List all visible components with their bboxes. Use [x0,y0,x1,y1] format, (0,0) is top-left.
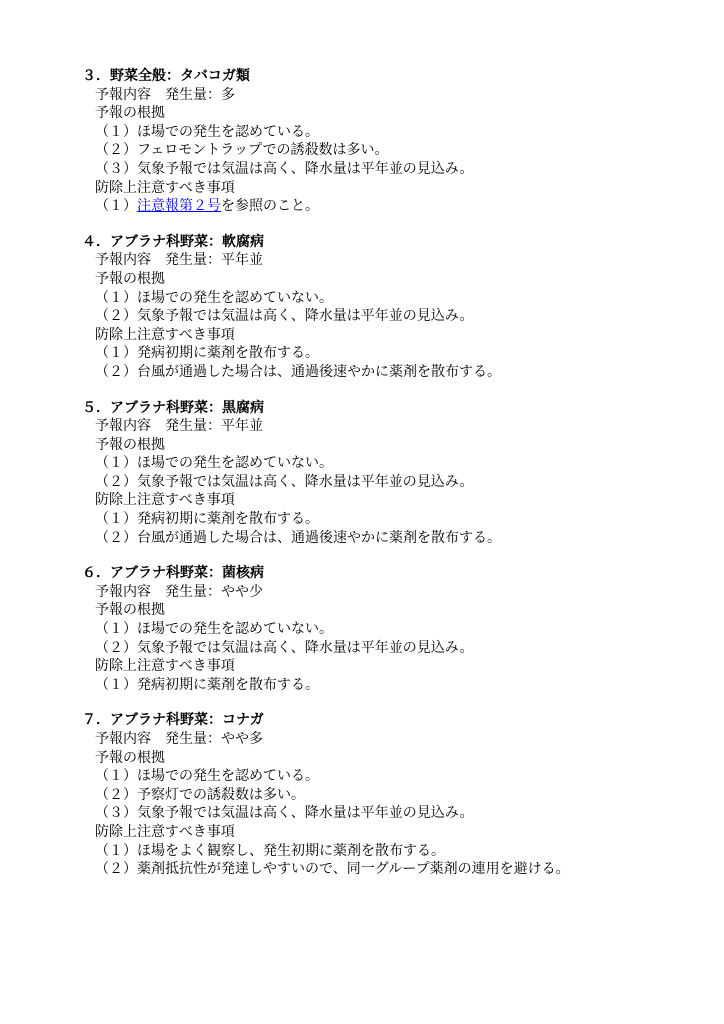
section-heading: ５．アブラナ科野菜：黒腐病 [82,398,694,417]
control-item: （２）台風が通過した場合は、通過後速やかに薬剤を散布する。 [82,362,694,381]
section-heading: ４．アブラナ科野菜：軟腐病 [82,232,694,251]
section-heading: ６．アブラナ科野菜：菌核病 [82,563,694,582]
basis-item: （１）ほ場での発生を認めていない。 [82,288,694,307]
control-title: 防除上注意すべき事項 [82,656,694,675]
forecast-line: 予報内容 発生量：多 [82,85,694,104]
basis-title: 予報の根拠 [82,600,694,619]
control-item: （２）台風が通過した場合は、通過後速やかに薬剤を散布する。 [82,528,694,547]
section-heading: ３．野菜全般：タバコガ類 [82,66,694,85]
section-heading: ７．アブラナ科野菜：コナガ [82,710,694,729]
section-soft-rot: ４．アブラナ科野菜：軟腐病 予報内容 発生量：平年並 予報の根拠 （１）ほ場での… [82,232,694,381]
control-item: （１）発病初期に薬剤を散布する。 [82,675,694,694]
control-title: 防除上注意すべき事項 [82,325,694,344]
control-item: （１）ほ場をよく観察し、発生初期に薬剤を散布する。 [82,841,694,860]
forecast-line: 予報内容 発生量：平年並 [82,416,694,435]
control-item-prefix: （１） [95,197,137,213]
basis-item: （１）ほ場での発生を認めていない。 [82,453,694,472]
basis-item: （２）気象予報では気温は高く、降水量は平年並の見込み。 [82,638,694,657]
control-item: （１）注意報第２号を参照のこと。 [82,196,694,215]
document-page: ３．野菜全般：タバコガ類 予報内容 発生量：多 予報の根拠 （１）ほ場での発生を… [0,0,724,878]
basis-title: 予報の根拠 [82,269,694,288]
basis-item: （２）気象予報では気温は高く、降水量は平年並の見込み。 [82,306,694,325]
section-black-rot: ５．アブラナ科野菜：黒腐病 予報内容 発生量：平年並 予報の根拠 （１）ほ場での… [82,398,694,547]
basis-item: （３）気象予報では気温は高く、降水量は平年並の見込み。 [82,803,694,822]
section-diamondback-moth: ７．アブラナ科野菜：コナガ 予報内容 発生量：やや多 予報の根拠 （１）ほ場での… [82,710,694,877]
control-title: 防除上注意すべき事項 [82,822,694,841]
basis-item: （１）ほ場での発生を認めている。 [82,122,694,141]
section-tobacco-budworm: ３．野菜全般：タバコガ類 予報内容 発生量：多 予報の根拠 （１）ほ場での発生を… [82,66,694,215]
basis-item: （１）ほ場での発生を認めていない。 [82,619,694,638]
basis-title: 予報の根拠 [82,748,694,767]
forecast-line: 予報内容 発生量：平年並 [82,250,694,269]
basis-item: （２）フェロモントラップでの誘殺数は多い。 [82,140,694,159]
basis-item: （１）ほ場での発生を認めている。 [82,766,694,785]
notice-report-link[interactable]: 注意報第２号 [137,197,221,213]
control-item: （１）発病初期に薬剤を散布する。 [82,343,694,362]
control-title: 防除上注意すべき事項 [82,178,694,197]
basis-item: （２）予察灯での誘殺数は多い。 [82,785,694,804]
control-item: （２）薬剤抵抗性が発達しやすいので、同一グループ薬剤の連用を避ける。 [82,859,694,878]
forecast-line: 予報内容 発生量：やや多 [82,729,694,748]
section-sclerotinia-rot: ６．アブラナ科野菜：菌核病 予報内容 発生量：やや少 予報の根拠 （１）ほ場での… [82,563,694,693]
basis-title: 予報の根拠 [82,103,694,122]
basis-item: （２）気象予報では気温は高く、降水量は平年並の見込み。 [82,472,694,491]
basis-item: （３）気象予報では気温は高く、降水量は平年並の見込み。 [82,159,694,178]
basis-title: 予報の根拠 [82,435,694,454]
forecast-line: 予報内容 発生量：やや少 [82,582,694,601]
control-item: （１）発病初期に薬剤を散布する。 [82,509,694,528]
control-item-suffix: を参照のこと。 [221,197,319,213]
control-title: 防除上注意すべき事項 [82,490,694,509]
